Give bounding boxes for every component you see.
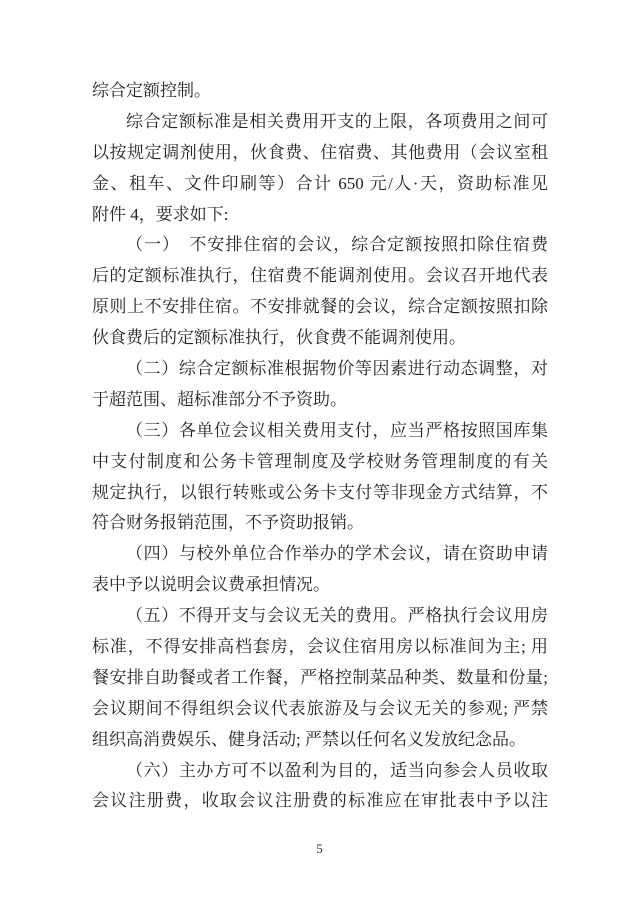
text-line: 以按规定调剂使用，伙食费、住宿费、其他费用（会议室租 [92,138,548,169]
text-line: 中支付制度和公务卡管理制度及学校财务管理制度的有关 [92,447,548,478]
text-line: 综合定额控制。 [92,76,548,107]
text-line: 会议期间不得组织会议代表旅游及与会议无关的参观; 严禁 [92,694,548,725]
text-line: （一） 不安排住宿的会议，综合定额按照扣除住宿费 [92,230,548,261]
text-line: 金、租车、文件印刷等）合计 650 元/人·天，资助标准见 [92,169,548,200]
text-line: 附件 4，要求如下: [92,200,548,231]
text-line: 伙食费后的定额标准执行，伙食费不能调剂使用。 [92,323,548,354]
text-line: 综合定额标准是相关费用开支的上限，各项费用之间可 [92,107,548,138]
text-line: 餐安排自助餐或者工作餐，严格控制菜品种类、数量和份量; [92,663,548,694]
text-line: 会议注册费，收取会议注册费的标准应在审批表中予以注明。 [92,786,548,817]
text-line: 原则上不安排住宿。不安排就餐的会议，综合定额按照扣除 [92,292,548,323]
text-line: 符合财务报销范围，不予资助报销。 [92,508,548,539]
text-line: 组织高消费娱乐、健身活动; 严禁以任何名义发放纪念品。 [92,725,548,756]
text-line: 于超范围、超标准部分不予资助。 [92,385,548,416]
text-line: （二）综合定额标准根据物价等因素进行动态调整，对 [92,354,548,385]
text-line: （四）与校外单位合作举办的学术会议，请在资助申请 [92,539,548,570]
text-line: 后的定额标准执行，住宿费不能调剂使用。会议召开地代表 [92,261,548,292]
document-page: 综合定额控制。 综合定额标准是相关费用开支的上限，各项费用之间可 以按规定调剂使… [0,0,639,905]
text-line: （三）各单位会议相关费用支付，应当严格按照国库集 [92,416,548,447]
text-line: 规定执行，以银行转账或公务卡支付等非现金方式结算，不 [92,478,548,509]
text-line: （六）主办方可不以盈利为目的，适当向参会人员收取 [92,756,548,787]
document-body: 综合定额控制。 综合定额标准是相关费用开支的上限，各项费用之间可 以按规定调剂使… [92,76,548,817]
text-line: 标准，不得安排高档套房，会议住宿用房以标准间为主; 用 [92,632,548,663]
page-number: 5 [0,841,639,857]
text-line: 表中予以说明会议费承担情况。 [92,570,548,601]
text-line: （五）不得开支与会议无关的费用。严格执行会议用房 [92,601,548,632]
